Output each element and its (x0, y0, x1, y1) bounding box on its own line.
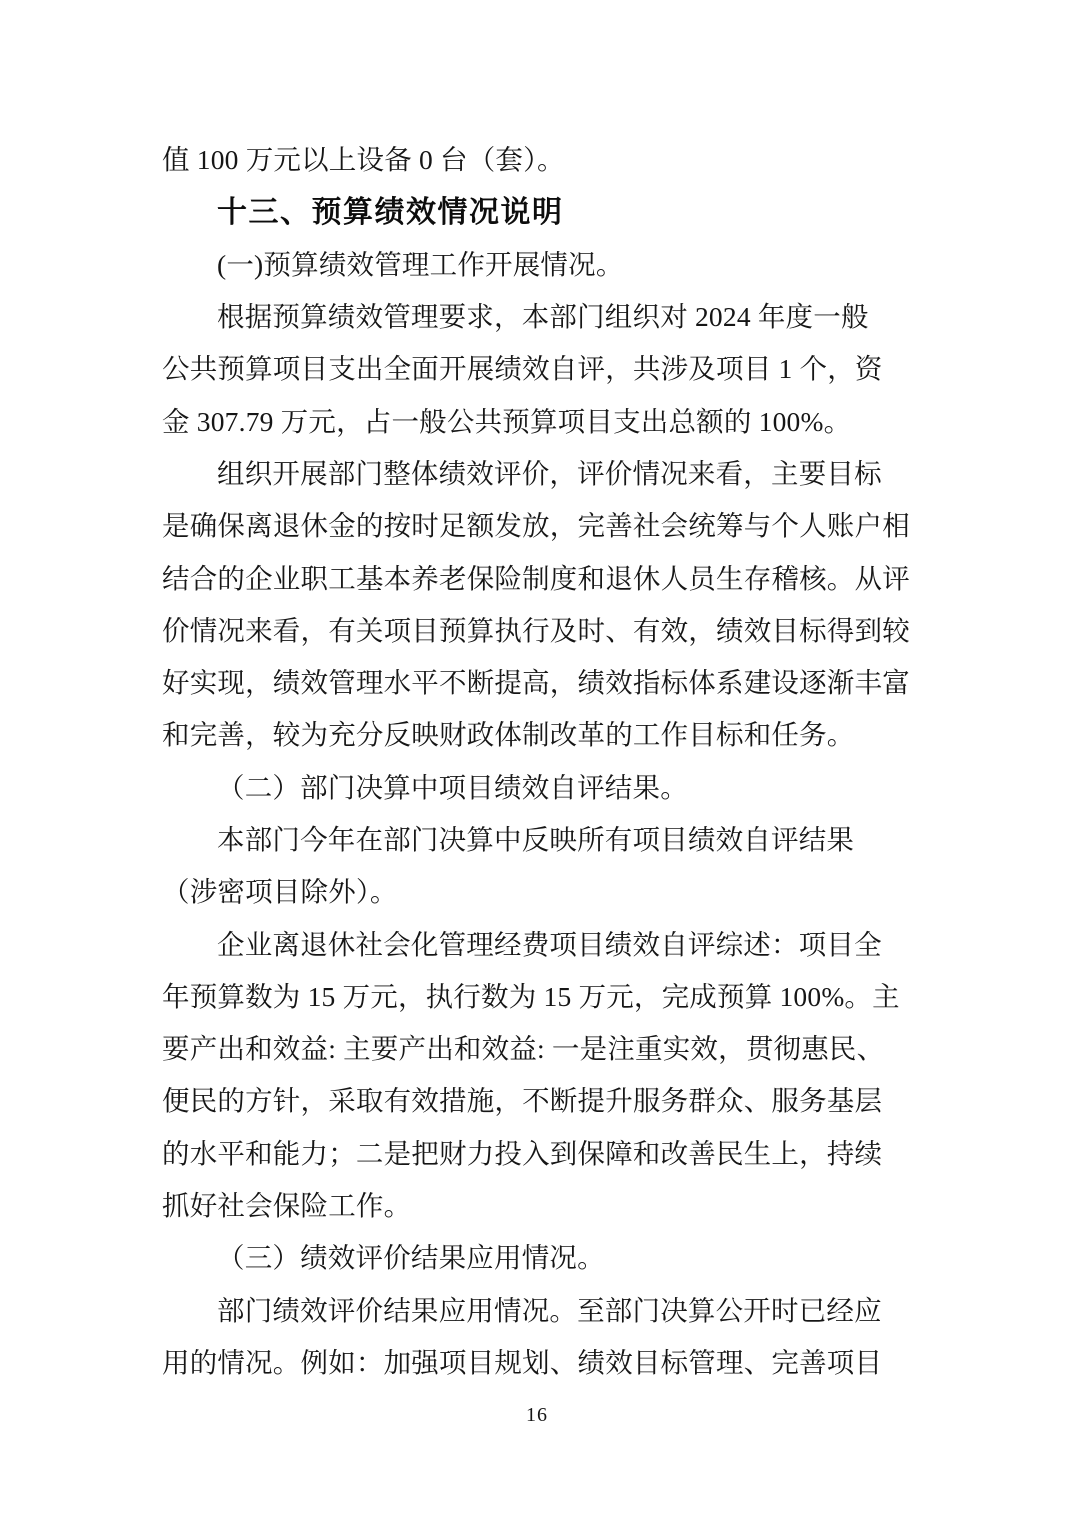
body-line: 价情况来看，有关项目预算执行及时、有效，绩效目标得到较 (162, 602, 918, 654)
body-line: 用的情况。例如：加强项目规划、绩效目标管理、完善项目 (162, 1334, 918, 1386)
body-line: 部门绩效评价结果应用情况。至部门决算公开时已经应 (162, 1282, 918, 1334)
body-line: 是确保离退休金的按时足额发放，完善社会统筹与个人账户相 (162, 497, 918, 549)
body-line: 抓好社会保险工作。 (162, 1177, 918, 1229)
subsection-heading: （三）绩效评价结果应用情况。 (162, 1229, 918, 1281)
body-line: 和完善，较为充分反映财政体制改革的工作目标和任务。 (162, 706, 918, 758)
document-content: 值 100 万元以上设备 0 台（套）。 十三、预算绩效情况说明 (一)预算绩效… (162, 131, 918, 1386)
body-line: 年预算数为 15 万元，执行数为 15 万元，完成预算 100%。主 (162, 968, 918, 1020)
body-line: 值 100 万元以上设备 0 台（套）。 (162, 131, 918, 183)
document-page: 值 100 万元以上设备 0 台（套）。 十三、预算绩效情况说明 (一)预算绩效… (0, 0, 1074, 1520)
body-line: 公共预算项目支出全面开展绩效自评，共涉及项目 1 个，资 (162, 340, 918, 392)
body-line: 好实现，绩效管理水平不断提高，绩效指标体系建设逐渐丰富 (162, 654, 918, 706)
body-line: 要产出和效益: 主要产出和效益: 一是注重实效，贯彻惠民、 (162, 1020, 918, 1072)
body-line: 的水平和能力；二是把财力投入到保障和改善民生上，持续 (162, 1125, 918, 1177)
body-line: 便民的方针，采取有效措施，不断提升服务群众、服务基层 (162, 1072, 918, 1124)
body-line: 金 307.79 万元，占一般公共预算项目支出总额的 100%。 (162, 392, 918, 444)
body-line: 根据预算绩效管理要求，本部门组织对 2024 年度一般 (162, 288, 918, 340)
subsection-heading: （二）部门决算中项目绩效自评结果。 (162, 759, 918, 811)
page-number: 16 (0, 1404, 1074, 1427)
body-line: 结合的企业职工基本养老保险制度和退休人员生存稽核。从评 (162, 549, 918, 601)
body-line: （涉密项目除外）。 (162, 863, 918, 915)
section-heading: 十三、预算绩效情况说明 (162, 183, 918, 235)
body-line: 本部门今年在部门决算中反映所有项目绩效自评结果 (162, 811, 918, 863)
subsection-heading: (一)预算绩效管理工作开展情况。 (162, 236, 918, 288)
body-line: 企业离退休社会化管理经费项目绩效自评综述：项目全 (162, 915, 918, 967)
body-line: 组织开展部门整体绩效评价，评价情况来看，主要目标 (162, 445, 918, 497)
